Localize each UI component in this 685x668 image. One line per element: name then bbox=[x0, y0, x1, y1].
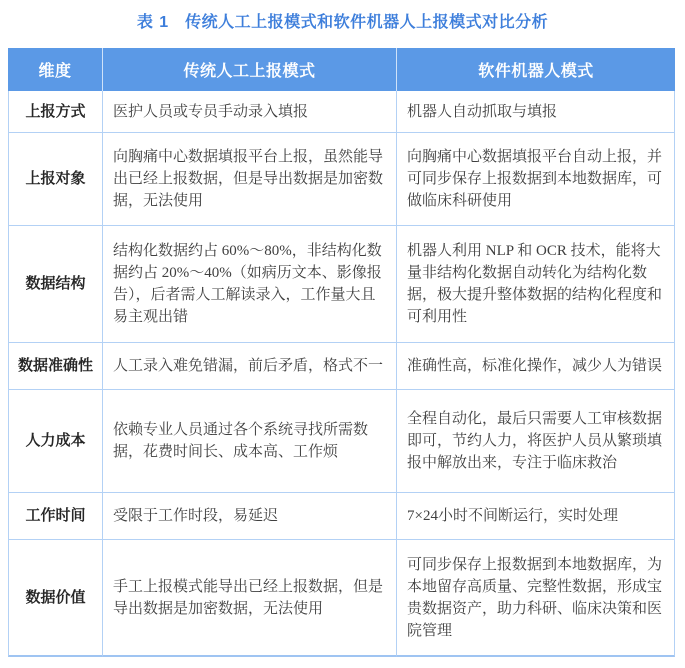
document-page: 表 1传统人工上报模式和软件机器人上报模式对比分析 维度 传统人工上报模式 软件… bbox=[0, 0, 685, 668]
robot-cell: 全程自动化，最后只需要人工审核数据即可，节约人力，将医护人员从繁琐填报中解放出来… bbox=[397, 390, 675, 493]
table-row: 数据准确性 人工录入难免错漏，前后矛盾，格式不一 准确性高，标准化操作，减少人为… bbox=[8, 343, 675, 390]
header-row: 维度 传统人工上报模式 软件机器人模式 bbox=[8, 48, 675, 91]
table-row: 数据价值 手工上报模式能导出已经上报数据，但是导出数据是加密数据，无法使用 可同… bbox=[8, 540, 675, 657]
table-row: 人力成本 依赖专业人员通过各个系统寻找所需数据，花费时间长、成本高、工作烦 全程… bbox=[8, 390, 675, 493]
table-row: 数据结构 结构化数据约占 60%～80%，非结构化数据约占 20%～40%（如病… bbox=[8, 226, 675, 343]
table-row: 上报对象 向胸痛中心数据填报平台上报，虽然能导出已经上报数据，但是导出数据是加密… bbox=[8, 133, 675, 226]
robot-cell: 7×24小时不间断运行，实时处理 bbox=[397, 493, 675, 540]
table-number: 表 1 bbox=[137, 14, 169, 31]
robot-cell: 机器人自动抓取与填报 bbox=[397, 91, 675, 133]
dimension-cell: 数据价值 bbox=[8, 540, 103, 657]
traditional-cell: 受限于工作时段，易延迟 bbox=[103, 493, 397, 540]
dimension-cell: 人力成本 bbox=[8, 390, 103, 493]
robot-cell: 可同步保存上报数据到本地数据库，为本地留存高质量、完整性数据，形成宝贵数据资产，… bbox=[397, 540, 675, 657]
col-header-traditional: 传统人工上报模式 bbox=[103, 48, 397, 91]
dimension-cell: 数据结构 bbox=[8, 226, 103, 343]
traditional-cell: 手工上报模式能导出已经上报数据，但是导出数据是加密数据，无法使用 bbox=[103, 540, 397, 657]
table-caption: 表 1传统人工上报模式和软件机器人上报模式对比分析 bbox=[0, 10, 685, 36]
col-header-dimension: 维度 bbox=[8, 48, 103, 91]
robot-cell: 机器人利用 NLP 和 OCR 技术，能将大量非结构化数据自动转化为结构化数据，… bbox=[397, 226, 675, 343]
robot-cell: 向胸痛中心数据填报平台自动上报，并可同步保存上报数据到本地数据库，可做临床科研使… bbox=[397, 133, 675, 226]
traditional-cell: 向胸痛中心数据填报平台上报，虽然能导出已经上报数据，但是导出数据是加密数据，无法… bbox=[103, 133, 397, 226]
table-row: 上报方式 医护人员或专员手动录入填报 机器人自动抓取与填报 bbox=[8, 91, 675, 133]
traditional-cell: 结构化数据约占 60%～80%，非结构化数据约占 20%～40%（如病历文本、影… bbox=[103, 226, 397, 343]
dimension-cell: 上报对象 bbox=[8, 133, 103, 226]
traditional-cell: 人工录入难免错漏，前后矛盾，格式不一 bbox=[103, 343, 397, 390]
col-header-robot: 软件机器人模式 bbox=[397, 48, 675, 91]
dimension-cell: 工作时间 bbox=[8, 493, 103, 540]
robot-cell: 准确性高，标准化操作，减少人为错误 bbox=[397, 343, 675, 390]
dimension-cell: 上报方式 bbox=[8, 91, 103, 133]
traditional-cell: 依赖专业人员通过各个系统寻找所需数据，花费时间长、成本高、工作烦 bbox=[103, 390, 397, 493]
dimension-cell: 数据准确性 bbox=[8, 343, 103, 390]
comparison-table: 维度 传统人工上报模式 软件机器人模式 上报方式 医护人员或专员手动录入填报 机… bbox=[8, 48, 675, 657]
table-row: 工作时间 受限于工作时段，易延迟 7×24小时不间断运行，实时处理 bbox=[8, 493, 675, 540]
traditional-cell: 医护人员或专员手动录入填报 bbox=[103, 91, 397, 133]
table-title: 传统人工上报模式和软件机器人上报模式对比分析 bbox=[185, 14, 548, 31]
